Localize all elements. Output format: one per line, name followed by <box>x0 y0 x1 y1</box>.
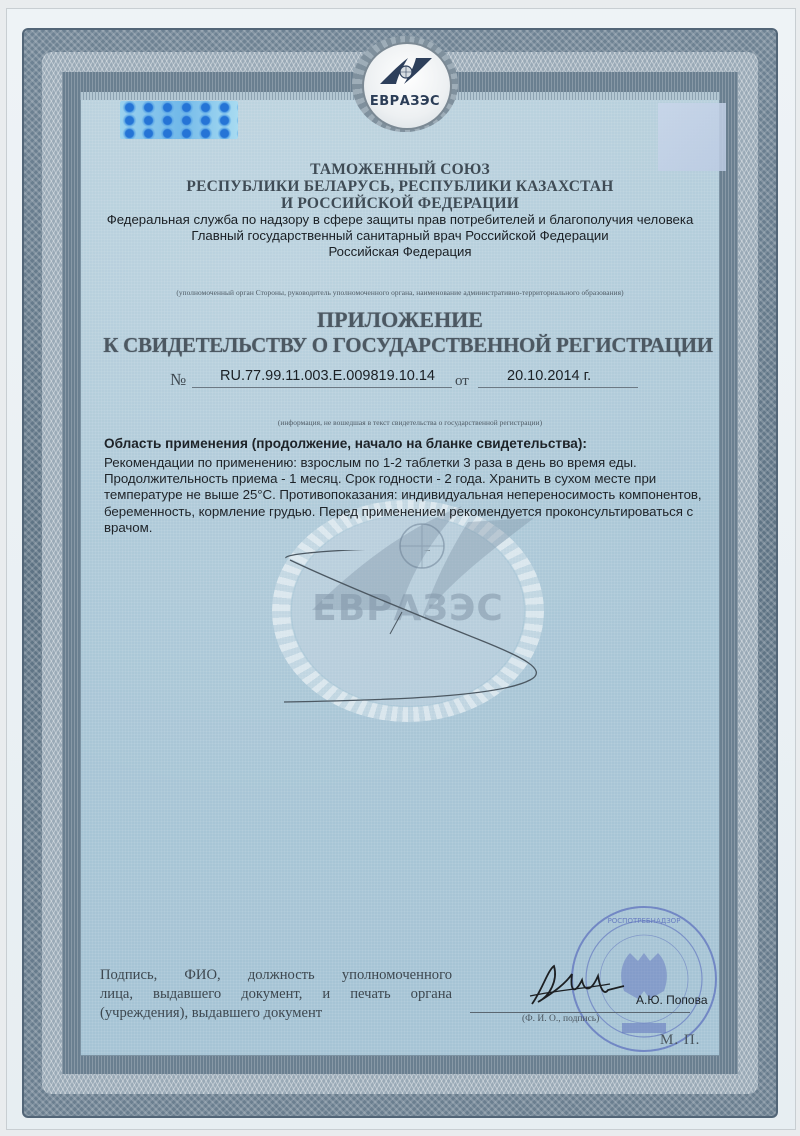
signature-line <box>470 1012 690 1013</box>
authority-caption: (уполномоченный орган Стороны, руководит… <box>80 288 720 297</box>
country-name: Российская Федерация <box>80 244 720 260</box>
union-countries-cont: И РОССИЙСКОЙ ФЕДЕРАЦИИ <box>80 195 720 212</box>
scope-heading: Область применения (продолжение, начало … <box>104 435 724 453</box>
registration-row: № RU.77.99.11.003.Е.009819.10.14 от 20.1… <box>170 368 710 390</box>
document-subtitle: К СВИДЕТЕЛЬСТВУ О ГОСУДАРСТВЕННОЙ РЕГИСТ… <box>88 333 728 357</box>
pen-stroke-icon <box>280 550 550 710</box>
evrazes-emblem-icon: ЕВРАЗЭС <box>352 36 458 132</box>
scope-line: Рекомендации по применению: взрослым по … <box>104 455 724 471</box>
signer-name: А.Ю. Попова <box>636 993 708 1007</box>
registration-number: RU.77.99.11.003.Е.009819.10.14 <box>220 368 435 384</box>
signature-label-line: лица, выдавшего документ, и печать орган… <box>100 985 452 1004</box>
scope-line: температуре не выше 25°С. Противопоказан… <box>104 487 724 503</box>
date-underline <box>478 387 638 388</box>
scope-line: Продолжительность приема - 1 месяц. Срок… <box>104 471 724 487</box>
agency-name: Федеральная служба по надзору в сфере за… <box>80 212 720 228</box>
signature-caption: (Ф. И. О., подпись) <box>522 1014 599 1024</box>
seal-label: М. П. <box>660 1032 700 1049</box>
signature-label: Подпись, ФИО, должность уполномоченного … <box>100 966 452 1023</box>
signature-label-line: Подпись, ФИО, должность уполномоченного <box>100 966 452 985</box>
number-underline <box>192 387 452 388</box>
emblem-wing-icon <box>378 54 434 88</box>
union-title: ТАМОЖЕННЫЙ СОЮЗ <box>80 161 720 178</box>
signature-icon <box>528 960 628 1012</box>
signature-label-line: (учреждения), выдавшего документ <box>100 1005 322 1021</box>
info-caption: (информация, не вошедшая в текст свидете… <box>160 418 660 427</box>
hologram-sticker-icon: hologram-sticker-icon <box>120 101 238 139</box>
date-label: от <box>455 373 469 390</box>
union-countries: РЕСПУБЛИКИ БЕЛАРУСЬ, РЕСПУБЛИКИ КАЗАХСТА… <box>80 178 720 195</box>
document-title: ПРИЛОЖЕНИЕ <box>80 308 720 332</box>
scope-line: беременность, кормление грудью. Перед пр… <box>104 504 724 520</box>
scope-line: врачом. <box>104 520 724 536</box>
number-label: № <box>170 370 186 390</box>
emblem-label: ЕВРАЗЭС <box>352 94 458 109</box>
official-title: Главный государственный санитарный врач … <box>80 228 720 244</box>
scope-section: Область применения (продолжение, начало … <box>104 435 724 536</box>
stamp-text: РОСПОТРЕБНАДЗОР <box>608 917 681 925</box>
registration-date: 20.10.2014 г. <box>507 368 591 384</box>
